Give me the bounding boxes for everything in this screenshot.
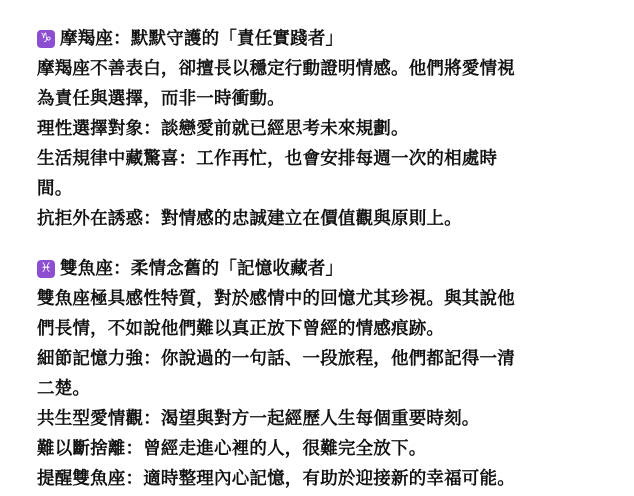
section-title-text: 雙魚座：柔情念舊的「記憶收藏者」 — [60, 254, 343, 284]
pisces-section: ♓ 雙魚座：柔情念舊的「記憶收藏者」 雙魚座極具感性特質，對於感情中的回憶尤其珍… — [37, 254, 627, 494]
paragraph-line: 們長情，不如說他們難以真正放下曾經的情感痕跡。 — [37, 314, 627, 344]
paragraph-line: 共生型愛情觀：渴望與對方一起經歷人生每個重要時刻。 — [37, 404, 627, 434]
capricorn-section: ♑ 摩羯座：默默守護的「責任實踐者」 摩羯座不善表白，卻擅長以穩定行動證明情感。… — [37, 24, 627, 234]
paragraph-line: 生活規律中藏驚喜：工作再忙，也會安排每週一次的相處時 — [37, 144, 627, 174]
paragraph-line: 間。 — [37, 174, 627, 204]
paragraph-line: 理性選擇對象：談戀愛前就已經思考未來規劃。 — [37, 114, 627, 144]
pisces-icon: ♓ — [37, 260, 55, 278]
paragraph-line: 摩羯座不善表白，卻擅長以穩定行動證明情感。他們將愛情視 — [37, 54, 627, 84]
paragraph-line: 二楚。 — [37, 374, 627, 404]
paragraph-line: 難以斷捨離：曾經走進心裡的人，很難完全放下。 — [37, 434, 627, 464]
capricorn-icon: ♑ — [37, 30, 55, 48]
section-title: ♑ 摩羯座：默默守護的「責任實踐者」 — [37, 24, 627, 54]
paragraph-line: 為責任與選擇，而非一時衝動。 — [37, 84, 627, 114]
paragraph-line: 細節記憶力強：你說過的一句話、一段旅程，他們都記得一清 — [37, 344, 627, 374]
paragraph-line: 雙魚座極具感性特質，對於感情中的回憶尤其珍視。與其說他 — [37, 284, 627, 314]
paragraph-line: 抗拒外在誘惑：對情感的忠誠建立在價值觀與原則上。 — [37, 204, 627, 234]
section-title: ♓ 雙魚座：柔情念舊的「記憶收藏者」 — [37, 254, 627, 284]
section-title-text: 摩羯座：默默守護的「責任實踐者」 — [60, 24, 343, 54]
paragraph-line: 提醒雙魚座：適時整理內心記憶，有助於迎接新的幸福可能。 — [37, 464, 627, 494]
zodiac-article: ♑ 摩羯座：默默守護的「責任實踐者」 摩羯座不善表白，卻擅長以穩定行動證明情感。… — [0, 0, 634, 496]
